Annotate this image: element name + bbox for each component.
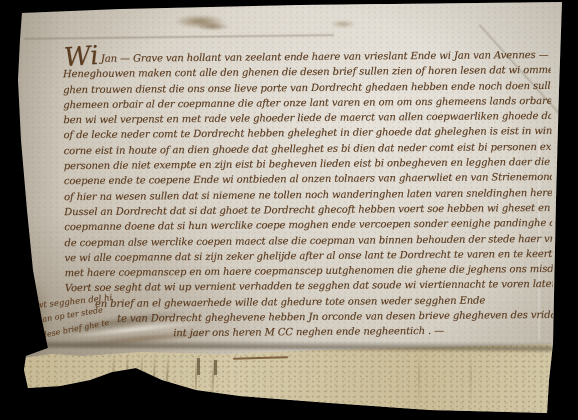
seal-tag-slit	[197, 358, 200, 375]
plica-top-shadow	[40, 339, 552, 353]
plica-crease	[418, 352, 420, 410]
fold-crease-horizontal	[24, 34, 334, 39]
ink-speck-stain	[196, 22, 230, 31]
seal-tag-slit	[214, 360, 217, 375]
plica-crease	[152, 352, 156, 410]
photo-stage: Wi Jan — Grave van hollant van zeelant e…	[0, 0, 578, 420]
plica-crease	[125, 352, 128, 410]
ink-speck-stain	[330, 20, 356, 28]
charter-text-block: Jan — Grave van hollant van zeelant ende…	[63, 50, 554, 345]
plica-crease	[470, 352, 472, 410]
parchment-sheet: Wi Jan — Grave van hollant van zeelant e…	[0, 0, 578, 420]
